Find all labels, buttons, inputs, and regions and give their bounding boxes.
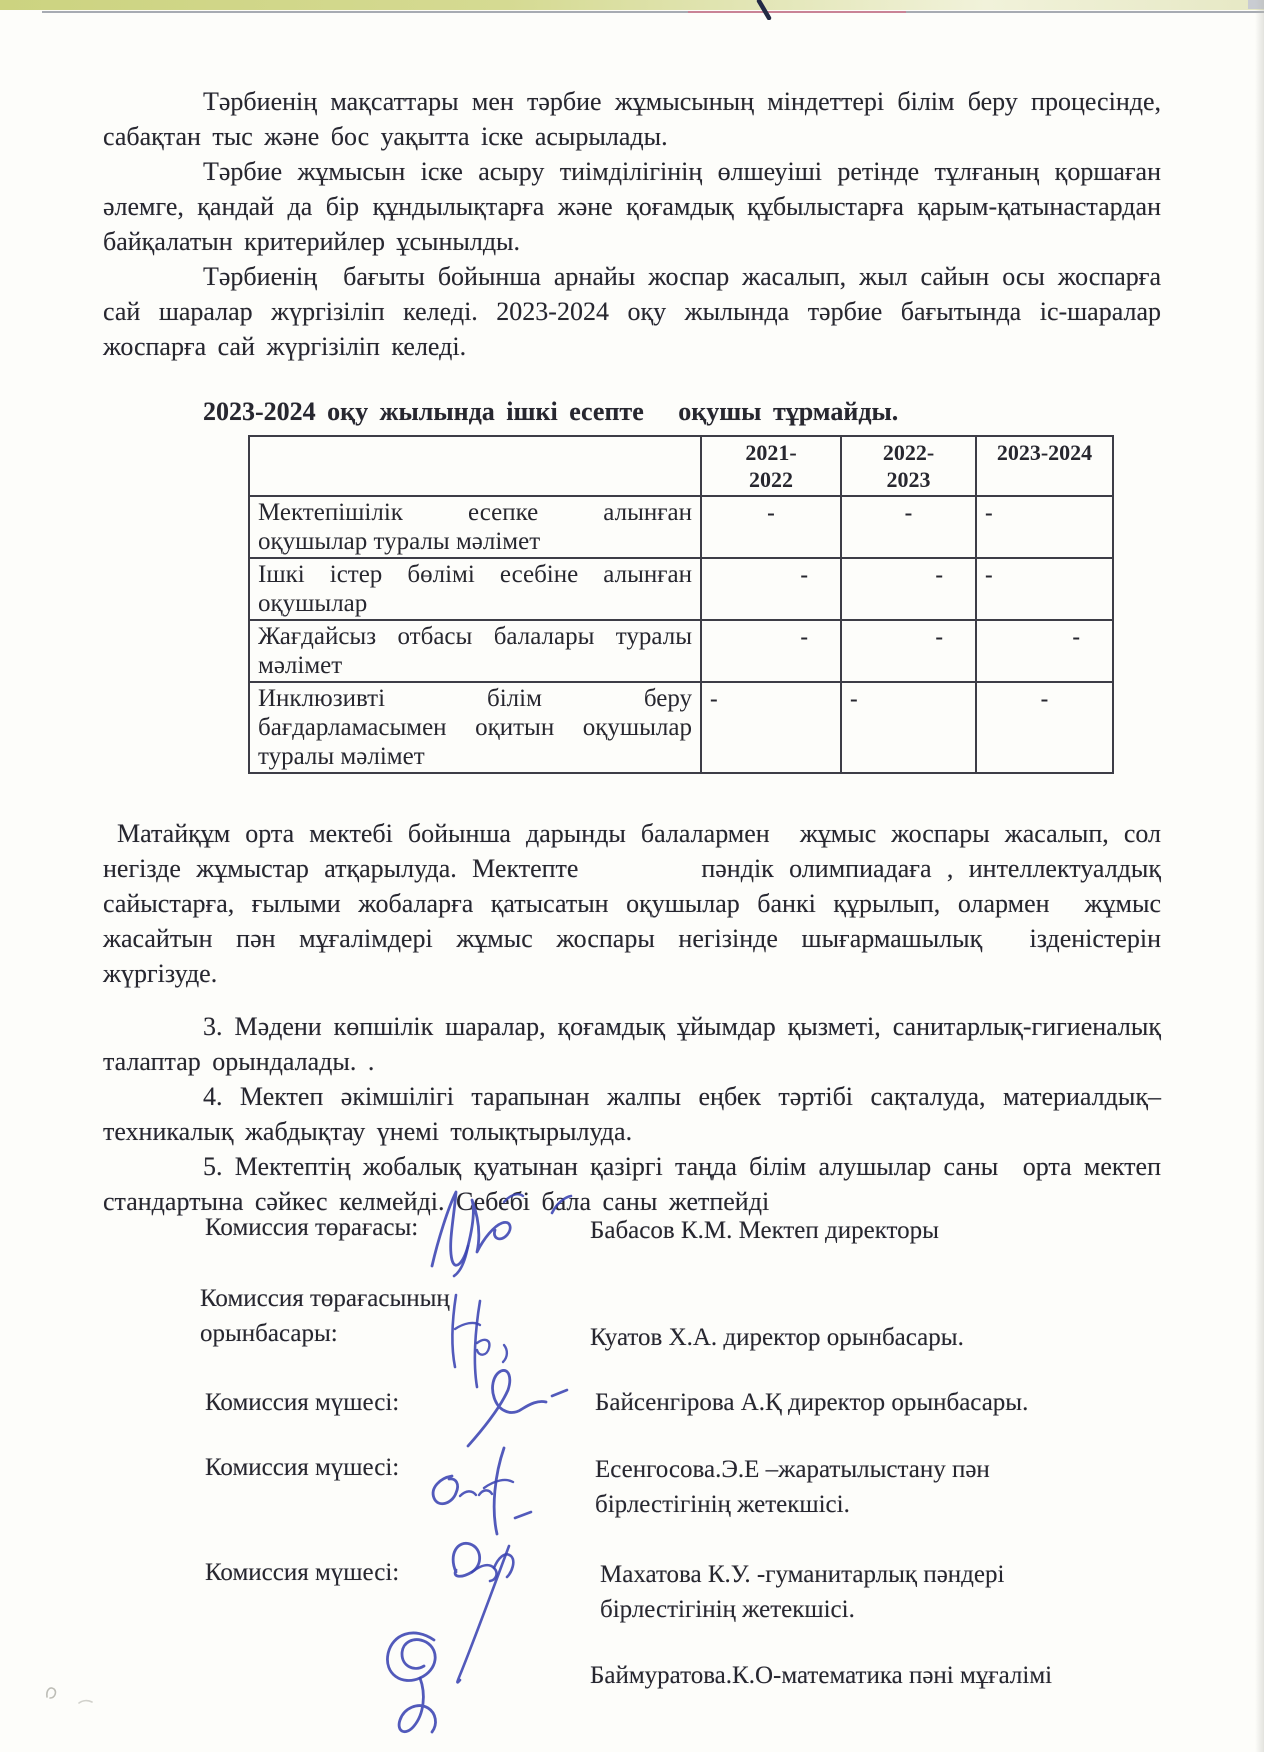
table-row: Жағдайсыз отбасы балалары туралымәлімет … bbox=[249, 620, 1113, 682]
row-label-police-register: Ішкі істер бөлімі есебіне алынғаноқушыла… bbox=[249, 558, 701, 620]
signature-name-kuatov: Куатов Х.А. директор орынбасары. bbox=[590, 1320, 964, 1355]
signature-name-babasov: Бабасов К.М. Мектеп директоры bbox=[590, 1213, 939, 1248]
paragraph-criteria: Тәрбие жұмысын іске асыру тиімділігінің … bbox=[103, 154, 1161, 259]
table-title: 2023-2024 оқу жылында ішкі есепте оқушы … bbox=[103, 394, 1161, 429]
signature-label-member-3: Комиссия мүшесі: bbox=[205, 1555, 399, 1590]
table-row: Ішкі істер бөлімі есебіне алынғаноқушыла… bbox=[249, 558, 1113, 620]
pen-mark-artifact bbox=[755, 0, 773, 20]
cell-value: - bbox=[976, 496, 1113, 558]
scan-right-edge-shade bbox=[1255, 0, 1264, 1752]
list-item-5: 5. Мектептің жобалық қуатынан қазіргі та… bbox=[103, 1149, 1161, 1219]
header-year-2021-2022: 2021- 2022 bbox=[701, 436, 841, 496]
signature-tick bbox=[548, 1193, 576, 1217]
cell-value: - bbox=[701, 620, 841, 682]
cell-value: - bbox=[701, 682, 841, 773]
signature-name-baisengirova: Байсенгірова А.Қ директор орынбасары. bbox=[595, 1385, 1028, 1420]
pencil-mark-artifact bbox=[78, 1698, 94, 1706]
cell-value: - bbox=[976, 682, 1113, 773]
paragraph-plan: Тәрбиенің бағыты бойынша арнайы жоспар ж… bbox=[103, 259, 1161, 364]
table-header-row: 2021- 2022 2022- 2023 2023-2024 bbox=[249, 436, 1113, 496]
cell-value: - bbox=[976, 558, 1113, 620]
row-label-internal-register: Мектепішілік есепке алынғаноқушылар тура… bbox=[249, 496, 701, 558]
header-empty bbox=[249, 436, 701, 496]
cell-value: - bbox=[841, 558, 976, 620]
table-row: Инклюзивті білім берубағдарламасымен оқи… bbox=[249, 682, 1113, 773]
signature-label-member-1: Комиссия мүшесі: bbox=[205, 1385, 399, 1420]
signature-babasov bbox=[418, 1178, 548, 1280]
paragraph-goals: Тәрбиенің мақсаттары мен тәрбие жұмысыны… bbox=[103, 84, 1161, 154]
cell-value: - bbox=[701, 558, 841, 620]
header-year-2022-2023: 2022- 2023 bbox=[841, 436, 976, 496]
cell-value: - bbox=[976, 620, 1113, 682]
row-label-inclusive-education: Инклюзивті білім берубағдарламасымен оқи… bbox=[249, 682, 701, 773]
paragraph-gifted-children: Матайқұм орта мектебі бойынша дарынды ба… bbox=[103, 816, 1161, 991]
cell-value: - bbox=[841, 620, 976, 682]
signature-name-makhatova: Махатова К.У. -гуманитарлық пәндері бірл… bbox=[600, 1557, 1060, 1627]
document-body: Тәрбиенің мақсаттары мен тәрбие жұмысыны… bbox=[103, 84, 1161, 1219]
signature-name-baimuratova: Баймуратова.К.О-математика пәні мұғалімі bbox=[590, 1658, 1052, 1693]
list-item-3: 3. Мәдени көпшілік шаралар, қоғамдық ұйы… bbox=[103, 1009, 1161, 1079]
scan-top-edge-strip bbox=[0, 0, 1264, 10]
cell-value: - bbox=[841, 682, 976, 773]
signature-label-chairman: Комиссия төрағасы: bbox=[205, 1210, 418, 1245]
row-label-disadvantaged-families: Жағдайсыз отбасы балалары туралымәлімет bbox=[249, 620, 701, 682]
header-year-2023-2024: 2023-2024 bbox=[976, 436, 1113, 496]
scanned-document-page: Тәрбиенің мақсаттары мен тәрбие жұмысыны… bbox=[0, 0, 1264, 1752]
cell-value: - bbox=[841, 496, 976, 558]
signature-name-yesengosova: Есенгосова.Э.Е –жаратылыстану пән бірлес… bbox=[595, 1452, 1045, 1522]
cell-value: - bbox=[701, 496, 841, 558]
list-item-4: 4. Мектеп әкімшілігі тарапынан жалпы еңб… bbox=[103, 1079, 1161, 1149]
student-records-table: 2021- 2022 2022- 2023 2023-2024 Мектепіш… bbox=[248, 435, 1114, 774]
signature-label-member-2: Комиссия мүшесі: bbox=[205, 1450, 399, 1485]
pencil-mark-artifact bbox=[44, 1684, 60, 1702]
scan-top-edge-line bbox=[42, 11, 1264, 13]
scan-top-edge-line-pink bbox=[688, 11, 906, 13]
signature-baimuratova bbox=[362, 1616, 497, 1752]
table-row: Мектепішілік есепке алынғаноқушылар тура… bbox=[249, 496, 1113, 558]
